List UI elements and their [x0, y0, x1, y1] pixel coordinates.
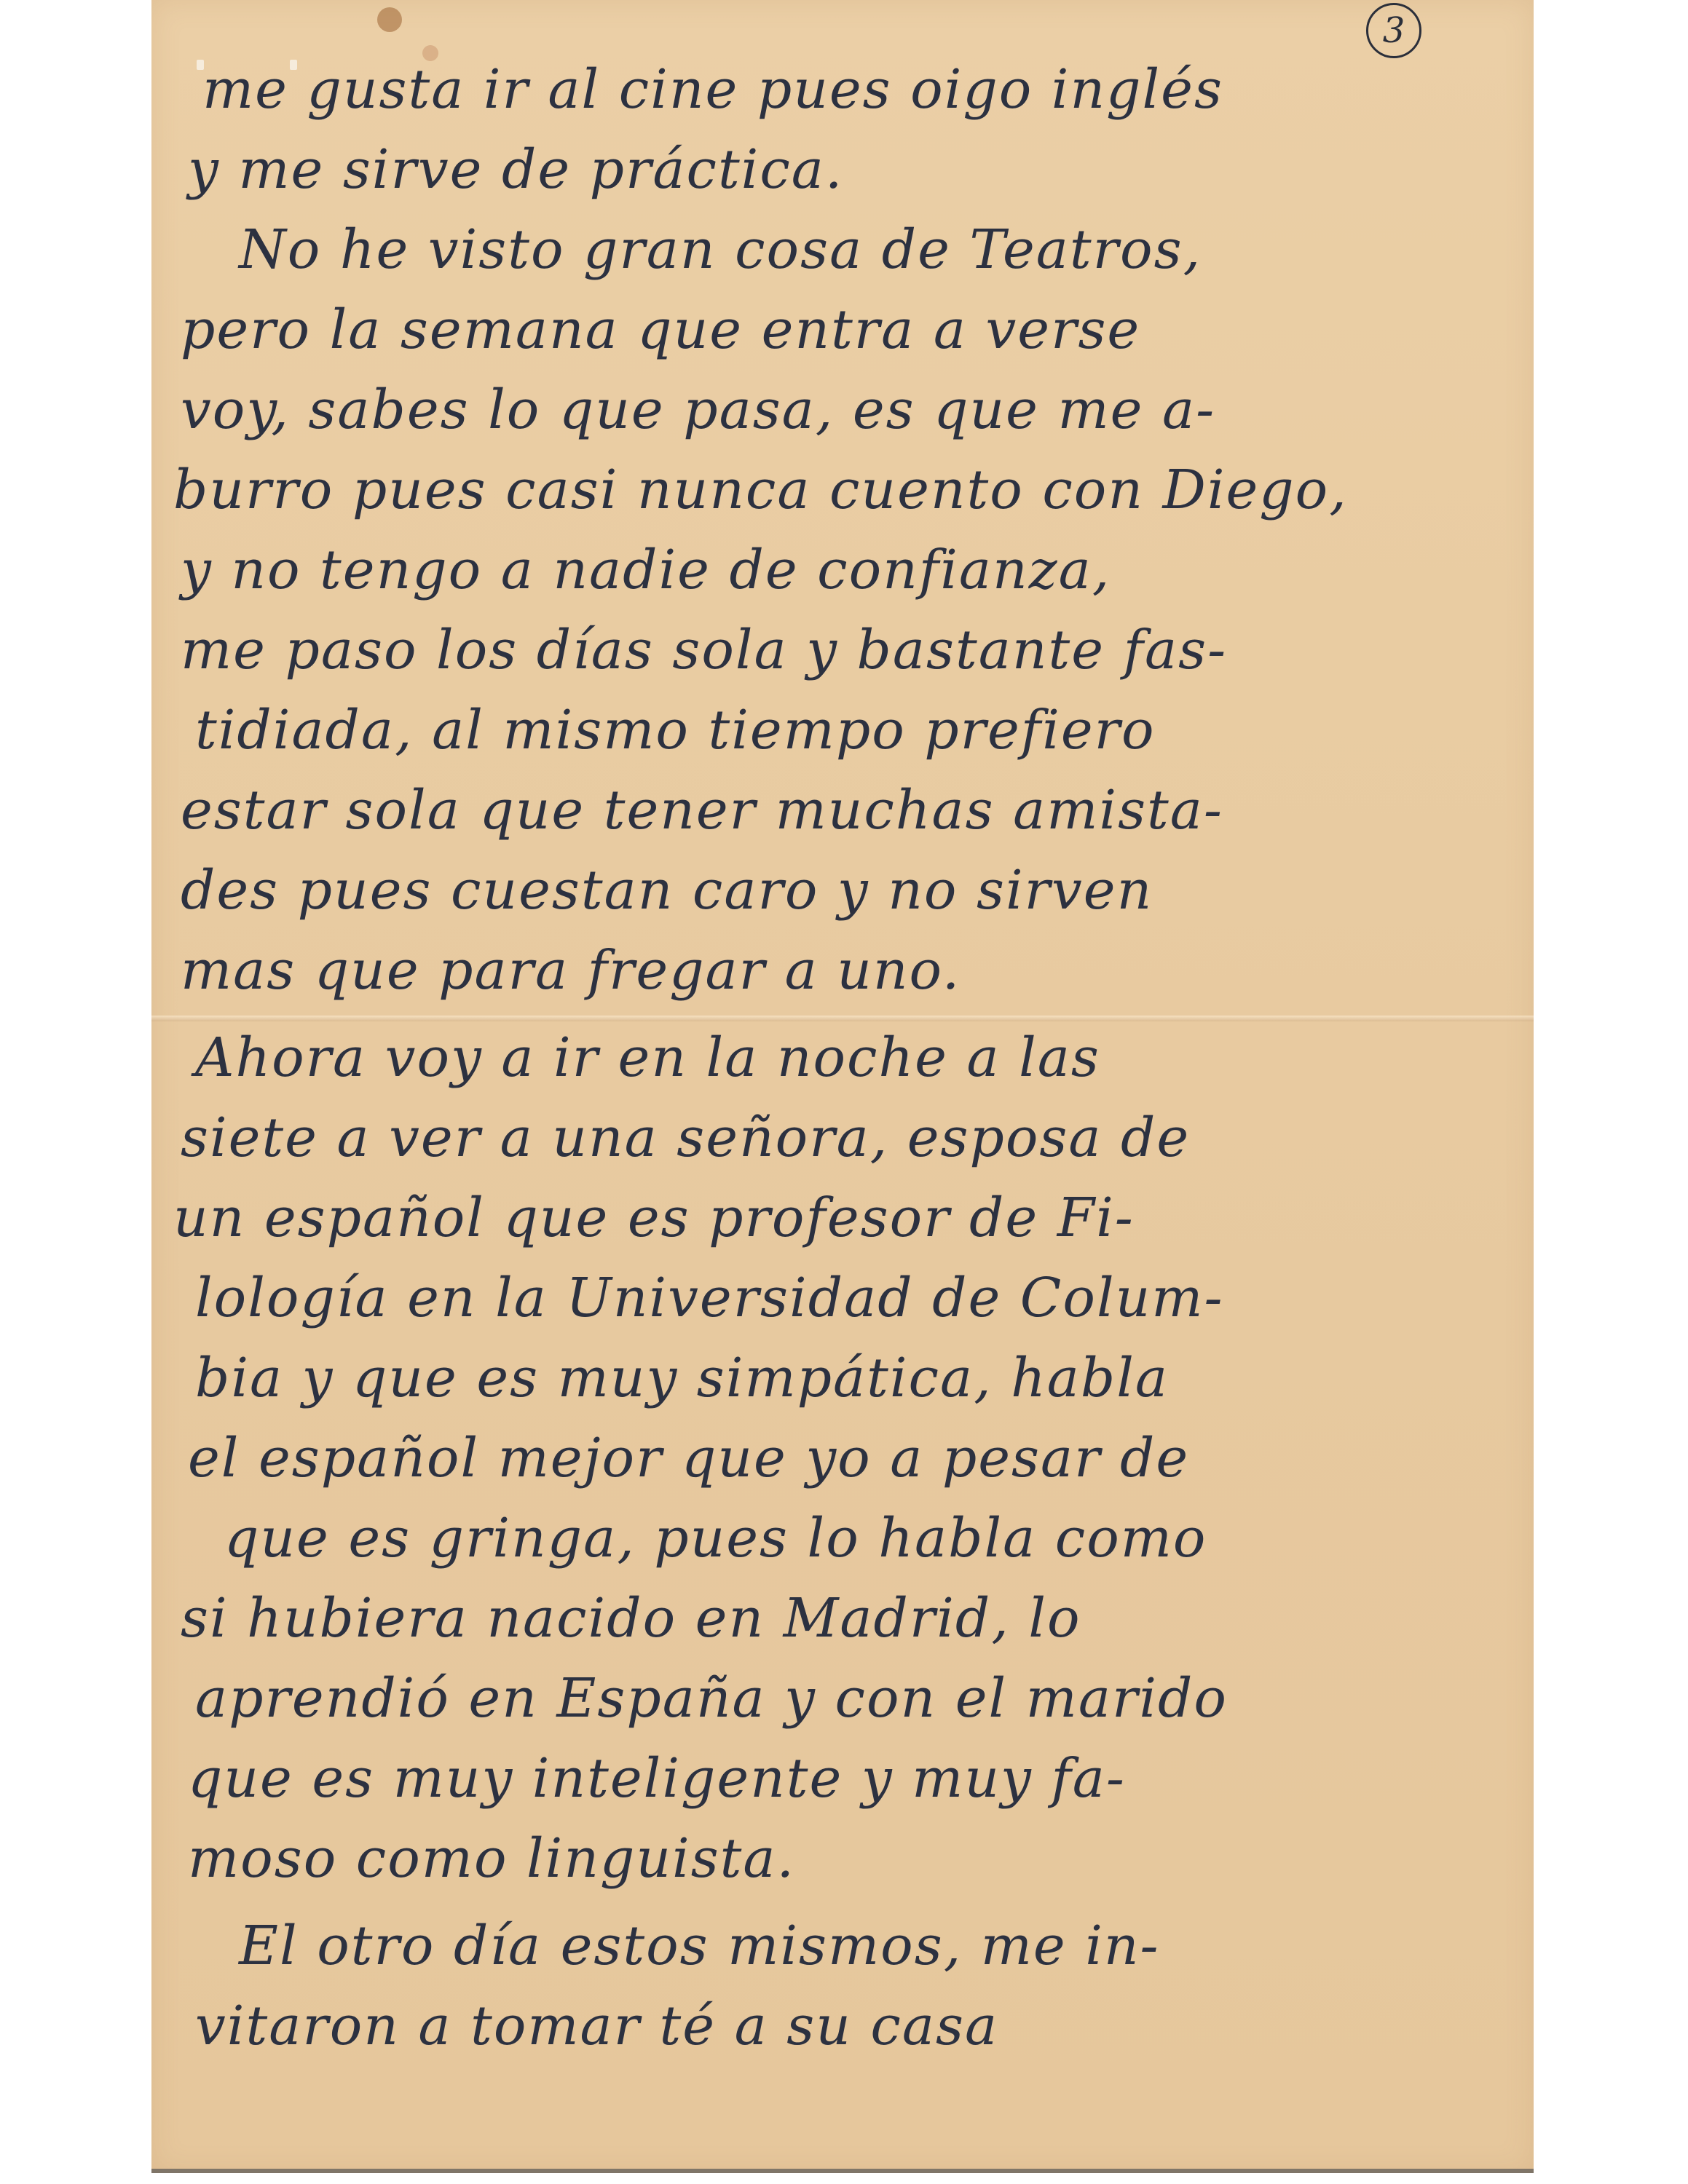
text-line: un español que es profesor de Fi- — [173, 1187, 1135, 1249]
page-number-text: 3 — [1383, 10, 1405, 51]
text-line: estar sola que tener muchas amista- — [181, 779, 1223, 842]
text-line: que es gringa, pues lo habla como — [224, 1507, 1207, 1570]
text-line: des pues cuestan caro y no sirven — [181, 859, 1153, 922]
text-line: Ahora voy a ir en la noche a las — [195, 1026, 1100, 1089]
text-line: No he visto gran cosa de Teatros, — [239, 218, 1202, 281]
text-line: aprendió en España y con el marido — [195, 1667, 1228, 1730]
text-line: moso como linguista. — [188, 1827, 795, 1890]
text-line: El otro día estos mismos, me in- — [239, 1915, 1160, 1977]
text-line: burro pues casi nunca cuento con Diego, — [173, 459, 1348, 521]
text-line: me paso los días sola y bastante fas- — [181, 619, 1227, 681]
text-line: el español mejor que yo a pesar de — [188, 1427, 1189, 1489]
text-line: que es muy inteligente y muy fa- — [188, 1747, 1126, 1810]
text-line: mas que para fregar a uno. — [181, 939, 961, 1002]
text-line: pero la semana que entra a verse — [181, 298, 1140, 361]
text-line: si hubiera nacido en Madrid, lo — [181, 1587, 1081, 1650]
text-line: bia y que es muy simpática, habla — [195, 1347, 1169, 1409]
text-line: y no tengo a nadie de confianza, — [181, 539, 1111, 601]
text-line: voy, sabes lo que pasa, es que me a- — [181, 379, 1215, 441]
text-line: tidiada, al mismo tiempo prefiero — [195, 699, 1156, 761]
text-line: y me sirve de práctica. — [188, 138, 843, 201]
page-number: 3 — [1366, 3, 1421, 58]
text-line: vitaron a tomar té a su casa — [195, 1995, 998, 2057]
text-line: siete a ver a una señora, esposa de — [181, 1107, 1190, 1169]
text-line: me gusta ir al cine pues oigo inglés — [202, 58, 1223, 121]
letter-page: 3 me gusta ir al cine pues oigo inglés y… — [151, 0, 1534, 2173]
text-line: lología en la Universidad de Colum- — [195, 1267, 1223, 1329]
ink-stain — [377, 7, 402, 32]
